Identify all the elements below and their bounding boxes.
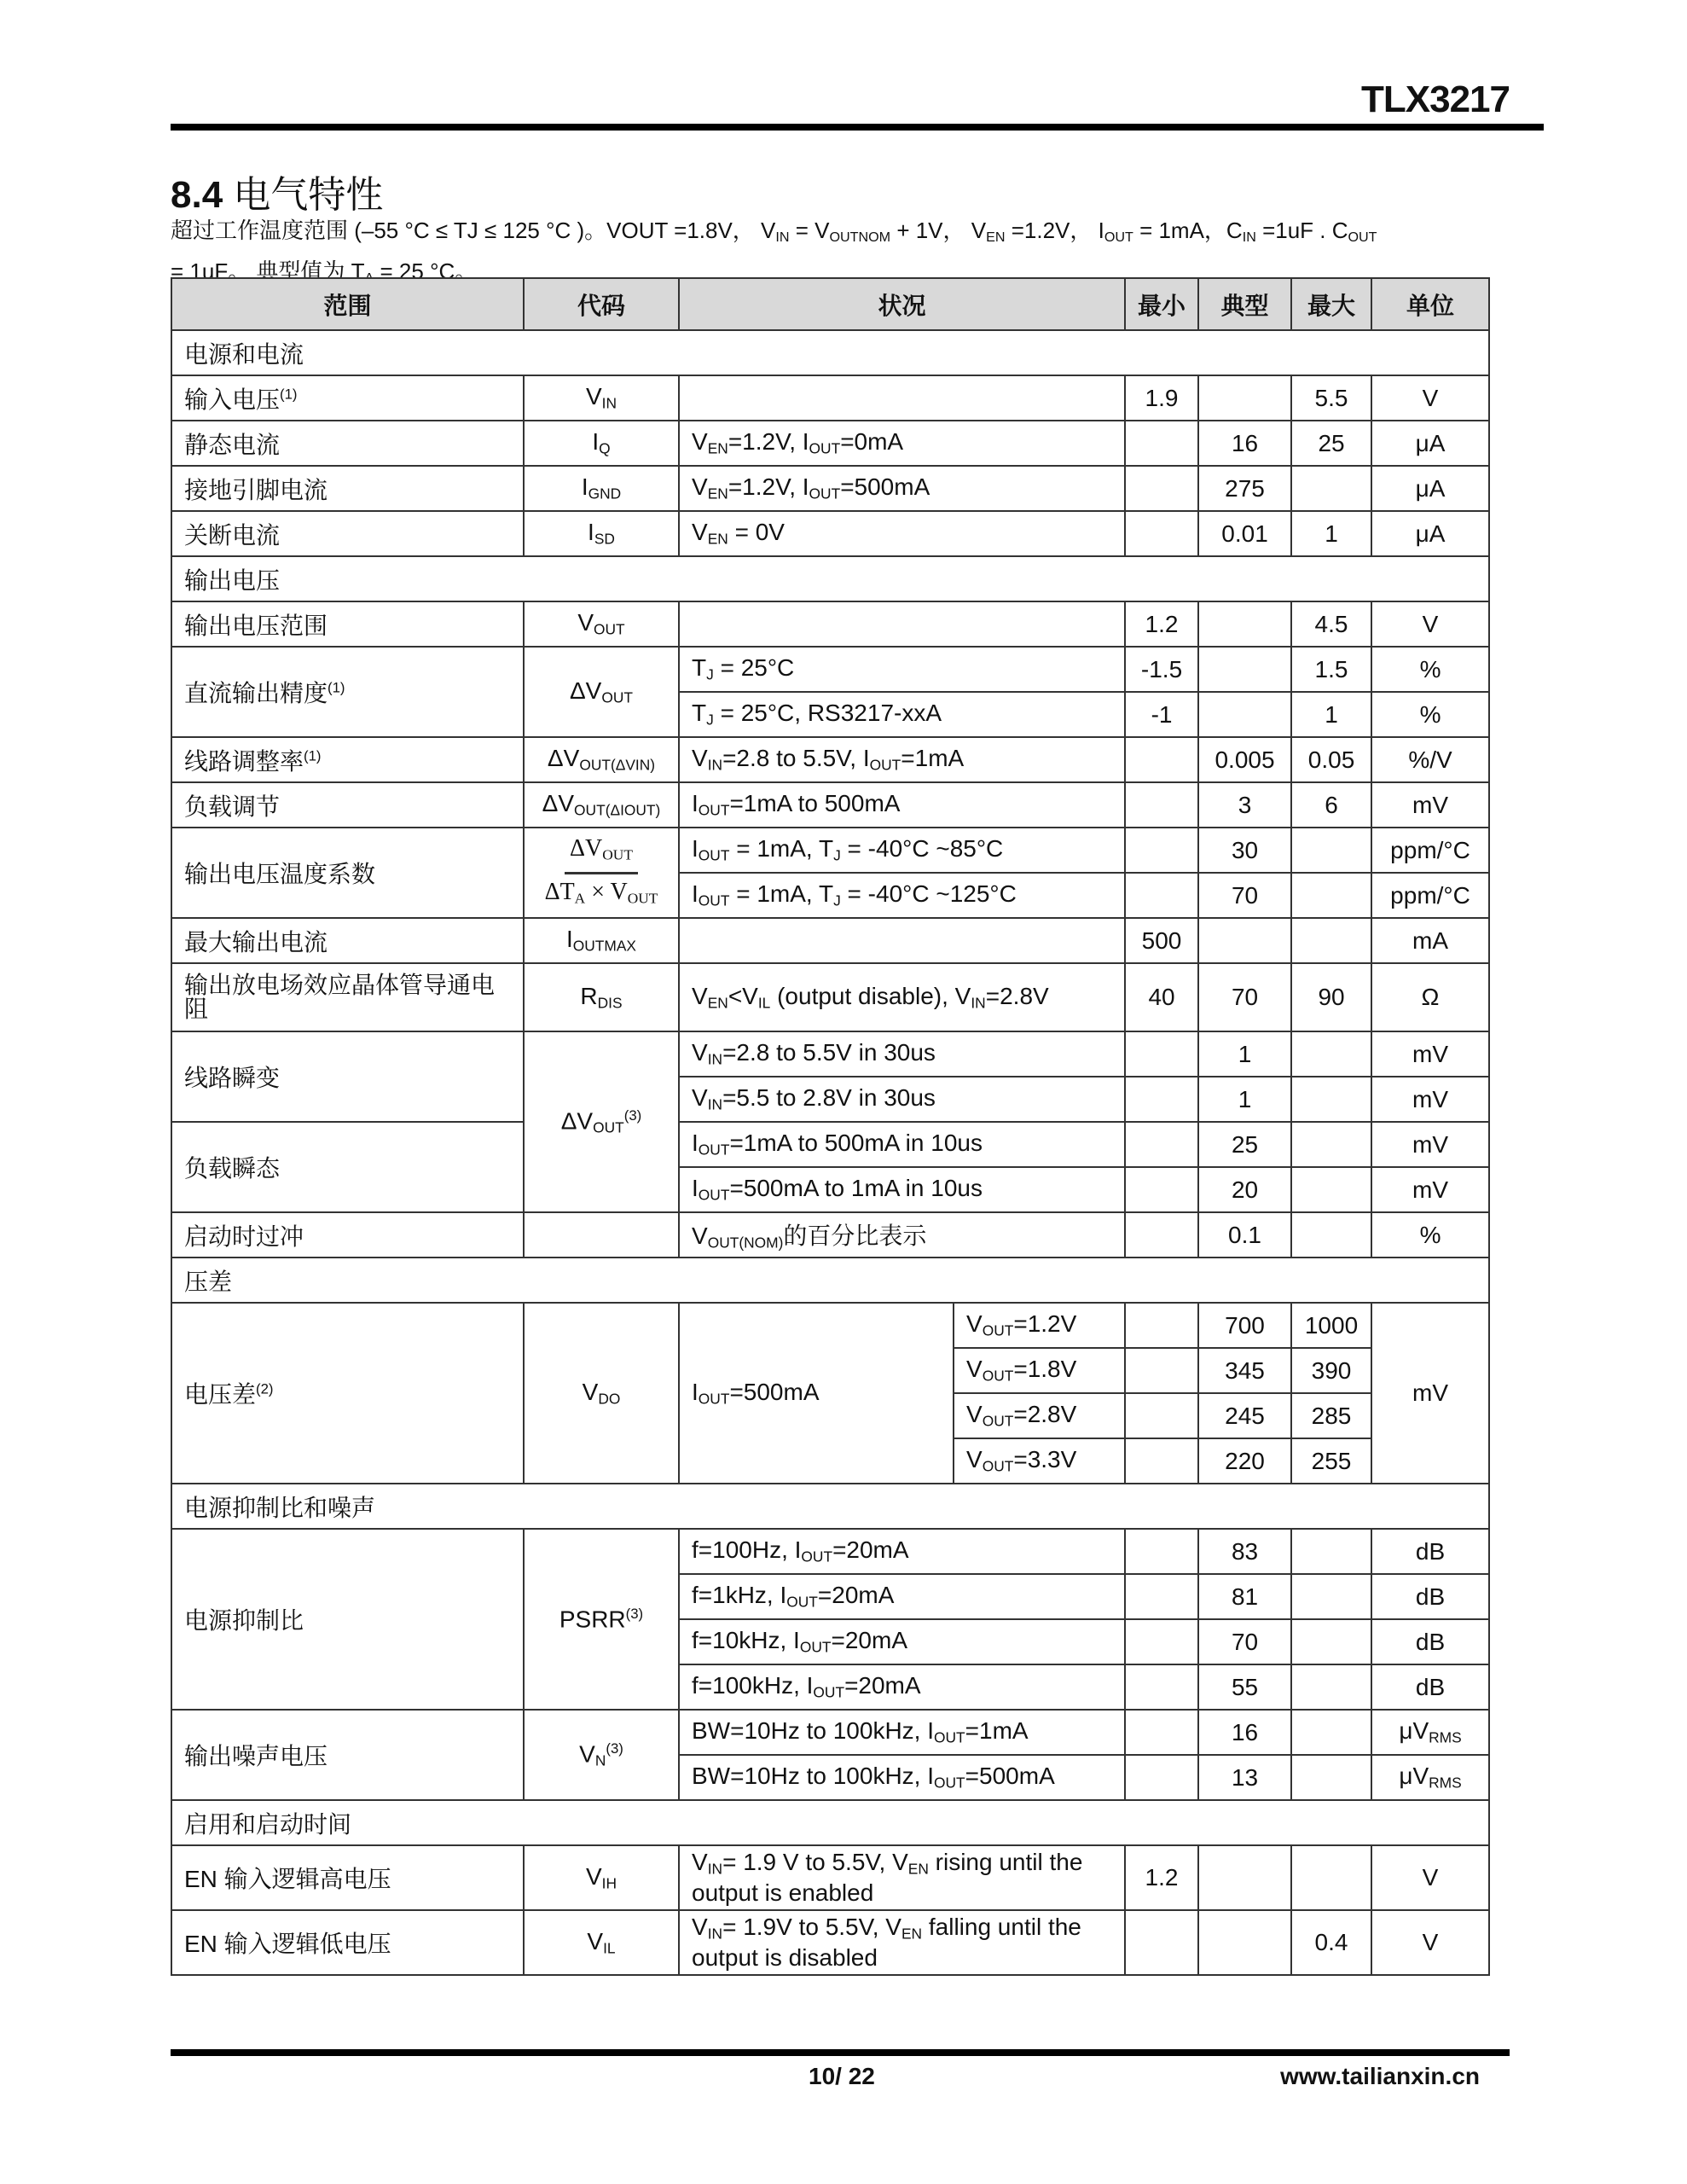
table-row: 输出噪声电压 VN(3) BW=10Hz to 100kHz, IOUT=1mA…	[171, 1710, 1489, 1755]
col-header-min: 最小	[1125, 278, 1198, 330]
table-row: EN 输入逻辑高电压 VIH VIN= 1.9 V to 5.5V, VEN r…	[171, 1845, 1489, 1910]
group-dropout: 压差	[171, 1258, 1489, 1303]
table-row: 输出电压范围 VOUT 1.2 4.5 V	[171, 601, 1489, 647]
table-row: 负载调节 ΔVOUT(ΔIOUT) IOUT=1mA to 500mA 3 6 …	[171, 782, 1489, 828]
table-header-row: 范围 代码 状况 最小 典型 最大 单位	[171, 278, 1489, 330]
table-row: 输出放电场效应晶体管导通电阻 RDIS VEN<VIL (output disa…	[171, 963, 1489, 1031]
table-row: 电源抑制比 PSRR(3) f=100Hz, IOUT=20mA 83 dB	[171, 1529, 1489, 1574]
group-power: 电源和电流	[171, 330, 1489, 375]
table-row: 启动时过冲 VOUT(NOM)的百分比表示 0.1 %	[171, 1212, 1489, 1258]
col-header-typ: 典型	[1198, 278, 1291, 330]
table-row: 负载瞬态 IOUT=1mA to 500mA in 10us 25 mV	[171, 1122, 1489, 1167]
electrical-characteristics-table: 范围 代码 状况 最小 典型 最大 单位 电源和电流 输入电压(1) VIN 1…	[171, 277, 1490, 1976]
table-row: 线路瞬变 ΔVOUT(3) VIN=2.8 to 5.5V in 30us 1 …	[171, 1031, 1489, 1077]
group-enable: 启用和启动时间	[171, 1800, 1489, 1845]
footer-rule	[171, 2049, 1510, 2056]
table-row: 关断电流 ISD VEN = 0V 0.01 1 μA	[171, 511, 1489, 556]
group-row: 电源抑制比和噪声	[171, 1484, 1489, 1529]
group-vout: 输出电压	[171, 556, 1489, 601]
table-row: 电压差(2) VDO IOUT=500mA VOUT=1.2V 700 1000…	[171, 1303, 1489, 1348]
document-title: TLX3217	[1361, 78, 1510, 121]
col-header-condition: 状况	[679, 278, 1125, 330]
table-row: 线路调整率(1) ΔVOUT(ΔVIN) VIN=2.8 to 5.5V, IO…	[171, 737, 1489, 782]
col-header-unit: 单位	[1371, 278, 1489, 330]
group-row: 输出电压	[171, 556, 1489, 601]
col-header-param: 范围	[171, 278, 524, 330]
table-row: 输入电压(1) VIN 1.9 5.5 V	[171, 375, 1489, 421]
col-header-max: 最大	[1291, 278, 1371, 330]
table-row: 直流输出精度(1) ΔVOUT TJ = 25°C -1.5 1.5 %	[171, 647, 1489, 692]
website-link[interactable]: www.tailianxin.cn	[1280, 2063, 1480, 2090]
header-rule	[171, 124, 1544, 131]
group-row: 压差	[171, 1258, 1489, 1303]
table-row: EN 输入逻辑低电压 VIL VIN= 1.9V to 5.5V, VEN fa…	[171, 1910, 1489, 1975]
table-row: 最大输出电流 IOUTMAX 500 mA	[171, 918, 1489, 963]
section-title: 电气特性	[233, 174, 383, 216]
tempco-formula: ΔVOUT ΔTA × VOUT	[545, 836, 658, 911]
page-number: 10/ 22	[809, 2063, 875, 2090]
section-heading: 8.4 电气特性	[171, 164, 383, 218]
section-number: 8.4	[171, 174, 223, 216]
col-header-symbol: 代码	[524, 278, 679, 330]
group-psrr-noise: 电源抑制比和噪声	[171, 1484, 1489, 1529]
group-row: 电源和电流	[171, 330, 1489, 375]
table-row: 静态电流 IQ VEN=1.2V, IOUT=0mA 16 25 μA	[171, 421, 1489, 466]
table-row: 接地引脚电流 IGND VEN=1.2V, IOUT=500mA 275 μA	[171, 466, 1489, 511]
group-row: 启用和启动时间	[171, 1800, 1489, 1845]
table-row: 输出电压温度系数 ΔVOUT ΔTA × VOUT IOUT = 1mA, TJ…	[171, 828, 1489, 873]
